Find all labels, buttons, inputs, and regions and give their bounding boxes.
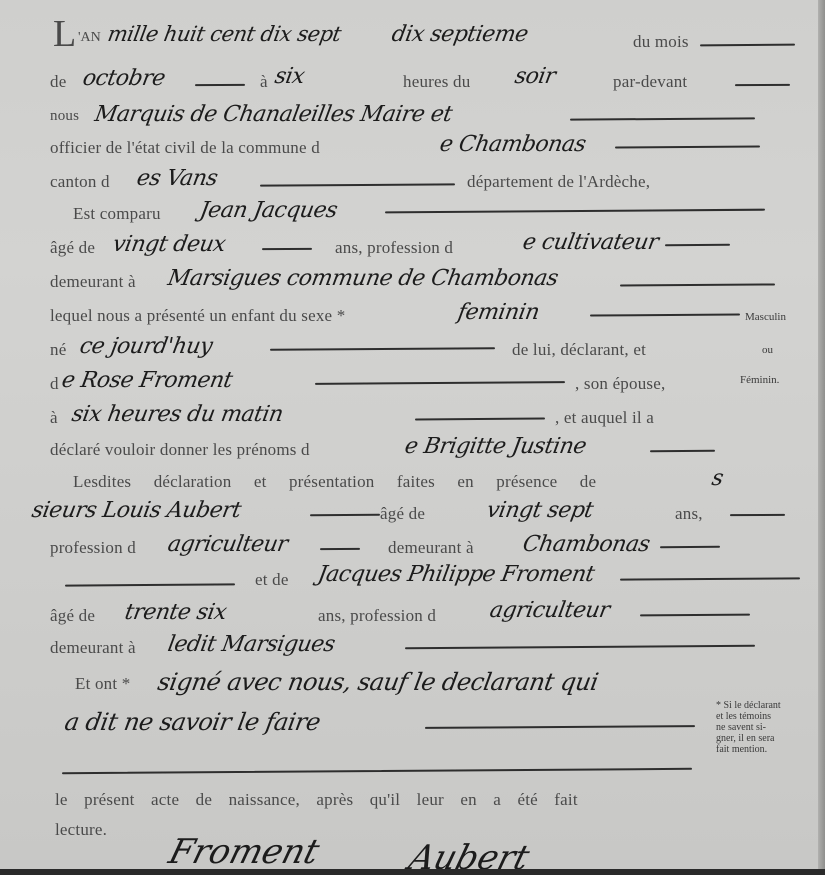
printed-demeurant2: demeurant à bbox=[388, 538, 474, 558]
line-canton: canton d es Vans département de l'Ardèch… bbox=[0, 162, 818, 192]
fill-rule bbox=[640, 614, 750, 616]
handwritten-commune: e Chambonas bbox=[438, 132, 588, 157]
printed-demeurant3: demeurant à bbox=[50, 638, 136, 658]
fill-rule bbox=[665, 244, 730, 246]
printed-et-ont: Et ont * bbox=[75, 674, 130, 694]
printed-age-de: âgé de bbox=[50, 238, 95, 258]
printed-ans: ans, bbox=[675, 504, 703, 524]
handwritten-month: octobre bbox=[81, 66, 167, 91]
page-edge-right bbox=[818, 0, 825, 875]
margin-feminin: Féminin. bbox=[740, 375, 779, 386]
printed-nous: nous bbox=[50, 108, 79, 125]
handwritten-profession: e cultivateur bbox=[521, 230, 660, 255]
line-presence: Lesdites déclaration et présentation fai… bbox=[0, 464, 818, 494]
handwritten-signed-note2: a dit ne savoir le faire bbox=[63, 708, 323, 736]
margin-footnote: * Si le déclarant et les témoins ne save… bbox=[716, 700, 781, 755]
line-age-profession: âgé de vingt deux ans, profession d e cu… bbox=[0, 230, 818, 260]
fill-rule bbox=[65, 583, 235, 586]
fill-rule bbox=[195, 84, 245, 86]
printed-a: à bbox=[260, 72, 268, 92]
document-page: L 'AN mille huit cent dix sept dix septi… bbox=[0, 0, 818, 869]
line-closing: le présent acte de naissance, après qu'i… bbox=[0, 788, 818, 818]
drop-cap: L bbox=[53, 12, 76, 56]
handwritten-mother: e Rose Froment bbox=[60, 368, 234, 393]
footnote-line: et les témoins bbox=[716, 711, 781, 722]
printed-age-de3: âgé de bbox=[50, 606, 95, 626]
handwritten-officer: Marquis de Chanaleilles Maire et bbox=[93, 102, 454, 127]
fill-rule bbox=[700, 44, 795, 46]
handwritten-sexe: feminin bbox=[456, 300, 541, 325]
handwritten-year: mille huit cent dix sept bbox=[106, 22, 343, 46]
line-mother: d e Rose Froment , son épouse, bbox=[0, 366, 818, 396]
line-signatures-note2: a dit ne savoir le faire bbox=[0, 712, 818, 742]
handwritten-witness1-residence: Chambonas bbox=[521, 532, 652, 557]
line-birth-hour: à six heures du matin , et auquel il a bbox=[0, 400, 818, 430]
printed-par-devant: par-devant bbox=[613, 72, 687, 92]
fill-rule bbox=[615, 145, 760, 148]
printed-son-epouse: , son épouse, bbox=[575, 374, 665, 394]
handwritten-witness1: sieurs Louis Aubert bbox=[30, 498, 243, 523]
line-lecture: lecture. bbox=[0, 818, 818, 848]
handwritten-day: dix septieme bbox=[390, 22, 530, 47]
line-witness2-residence: demeurant à ledit Marsigues bbox=[0, 634, 818, 664]
line-sexe: lequel nous a présenté un enfant du sexe… bbox=[0, 298, 818, 328]
printed-de: de bbox=[50, 72, 66, 92]
printed-present-acte: le présent acte de naissance, après qu'i… bbox=[55, 790, 578, 810]
fill-rule bbox=[735, 84, 790, 86]
printed-d: d bbox=[50, 374, 59, 394]
printed-a2: à bbox=[50, 408, 58, 428]
line-residence: demeurant à Marsigues commune de Chambon… bbox=[0, 264, 818, 294]
handwritten-period: soir bbox=[513, 64, 558, 89]
line-comparu: Est comparu Jean Jacques bbox=[0, 196, 818, 226]
line-month: de octobre à six heures du soir par-deva… bbox=[0, 62, 818, 92]
printed-du-mois: du mois bbox=[633, 32, 689, 52]
printed-auquel: , et auquel il a bbox=[555, 408, 654, 428]
printed-et-de: et de bbox=[255, 570, 289, 590]
printed-lequel: lequel nous a présenté un enfant du sexe… bbox=[50, 306, 345, 326]
line-signatures-note: Et ont * signé avec nous, sauf le declar… bbox=[0, 672, 818, 702]
handwritten-witness2: Jacques Philippe Froment bbox=[316, 562, 596, 587]
printed-lan: 'AN bbox=[78, 30, 101, 46]
printed-prenoms: déclaré vouloir donner les prénoms d bbox=[50, 440, 310, 460]
handwritten-birth-date: ce jourd'huy bbox=[78, 334, 214, 359]
printed-officier: officier de l'état civil de la commune d bbox=[50, 138, 320, 158]
line-year: L 'AN mille huit cent dix sept dix septi… bbox=[0, 18, 818, 48]
signature-froment: Froment bbox=[165, 832, 324, 872]
printed-demeurant: demeurant à bbox=[50, 272, 136, 292]
fill-rule bbox=[405, 645, 755, 649]
page-edge-bottom bbox=[0, 869, 825, 875]
handwritten-witness2-residence: ledit Marsigues bbox=[166, 632, 337, 657]
handwritten-age: vingt deux bbox=[111, 232, 228, 257]
fill-rule bbox=[260, 183, 455, 186]
footnote-line: gner, il en sera bbox=[716, 733, 781, 744]
fill-rule bbox=[270, 347, 495, 350]
handwritten-witness2-age: trente six bbox=[123, 600, 229, 625]
closing-rule bbox=[62, 768, 692, 774]
printed-de-lui: de lui, déclarant, et bbox=[512, 340, 646, 360]
printed-canton: canton d bbox=[50, 172, 110, 192]
handwritten-hour: six bbox=[273, 64, 307, 89]
printed-est-comparu: Est comparu bbox=[73, 204, 161, 224]
line-witness1-profession: profession d agriculteur demeurant à Cha… bbox=[0, 530, 818, 560]
printed-age-de2: âgé de bbox=[380, 504, 425, 524]
handwritten-witness1-profession: agriculteur bbox=[166, 532, 290, 557]
fill-rule bbox=[320, 548, 360, 550]
handwritten-witness1-age: vingt sept bbox=[485, 498, 595, 523]
handwritten-s: s bbox=[710, 466, 725, 491]
line-witness2-age: âgé de trente six ans, profession d agri… bbox=[0, 600, 818, 630]
line-commune: officier de l'état civil de la commune d… bbox=[0, 128, 818, 158]
fill-rule bbox=[315, 381, 565, 384]
fill-rule bbox=[310, 514, 380, 516]
fill-rule bbox=[415, 418, 545, 420]
line-witness2: et de Jacques Philippe Froment bbox=[0, 566, 818, 596]
printed-lecture: lecture. bbox=[55, 820, 107, 840]
printed-ans-profession2: ans, profession d bbox=[318, 606, 436, 626]
printed-departement: département de l'Ardèche, bbox=[467, 172, 650, 192]
fill-rule bbox=[385, 209, 765, 213]
printed-ne: né bbox=[50, 340, 66, 360]
fill-rule bbox=[570, 117, 755, 120]
handwritten-canton: es Vans bbox=[135, 166, 220, 191]
printed-heures-du: heures du bbox=[403, 72, 470, 92]
footnote-line: fait mention. bbox=[716, 744, 781, 755]
line-prenoms: déclaré vouloir donner les prénoms d e B… bbox=[0, 432, 818, 462]
footnote-line: * Si le déclarant bbox=[716, 700, 781, 711]
fill-rule bbox=[620, 577, 800, 580]
line-witness1: sieurs Louis Aubert âgé de vingt sept an… bbox=[0, 496, 818, 526]
fill-rule bbox=[660, 546, 720, 548]
fill-rule bbox=[650, 450, 715, 452]
handwritten-birth-hour: six heures du matin bbox=[70, 402, 285, 427]
fill-rule bbox=[262, 248, 312, 250]
printed-ans-profession: ans, profession d bbox=[335, 238, 453, 258]
handwritten-witness2-profession: agriculteur bbox=[488, 598, 612, 623]
handwritten-residence: Marsigues commune de Chambonas bbox=[166, 266, 560, 291]
fill-rule bbox=[730, 514, 785, 516]
printed-lesdites: Lesdites déclaration et présentation fai… bbox=[73, 472, 596, 492]
fill-rule bbox=[425, 725, 695, 728]
line-officer: nous Marquis de Chanaleilles Maire et bbox=[0, 98, 818, 128]
handwritten-declarant: Jean Jacques bbox=[198, 198, 339, 223]
fill-rule bbox=[620, 283, 775, 286]
margin-masculin: Masculin bbox=[745, 312, 786, 323]
fill-rule bbox=[590, 313, 740, 316]
handwritten-signed-note: signé avec nous, sauf le declarant qui bbox=[156, 668, 601, 696]
line-ne: né ce jourd'huy de lui, déclarant, et bbox=[0, 332, 818, 362]
handwritten-prenoms: e Brigitte Justine bbox=[403, 434, 588, 459]
footnote-line: ne savent si- bbox=[716, 722, 781, 733]
margin-ou: ou bbox=[762, 345, 773, 356]
printed-profession: profession d bbox=[50, 538, 136, 558]
